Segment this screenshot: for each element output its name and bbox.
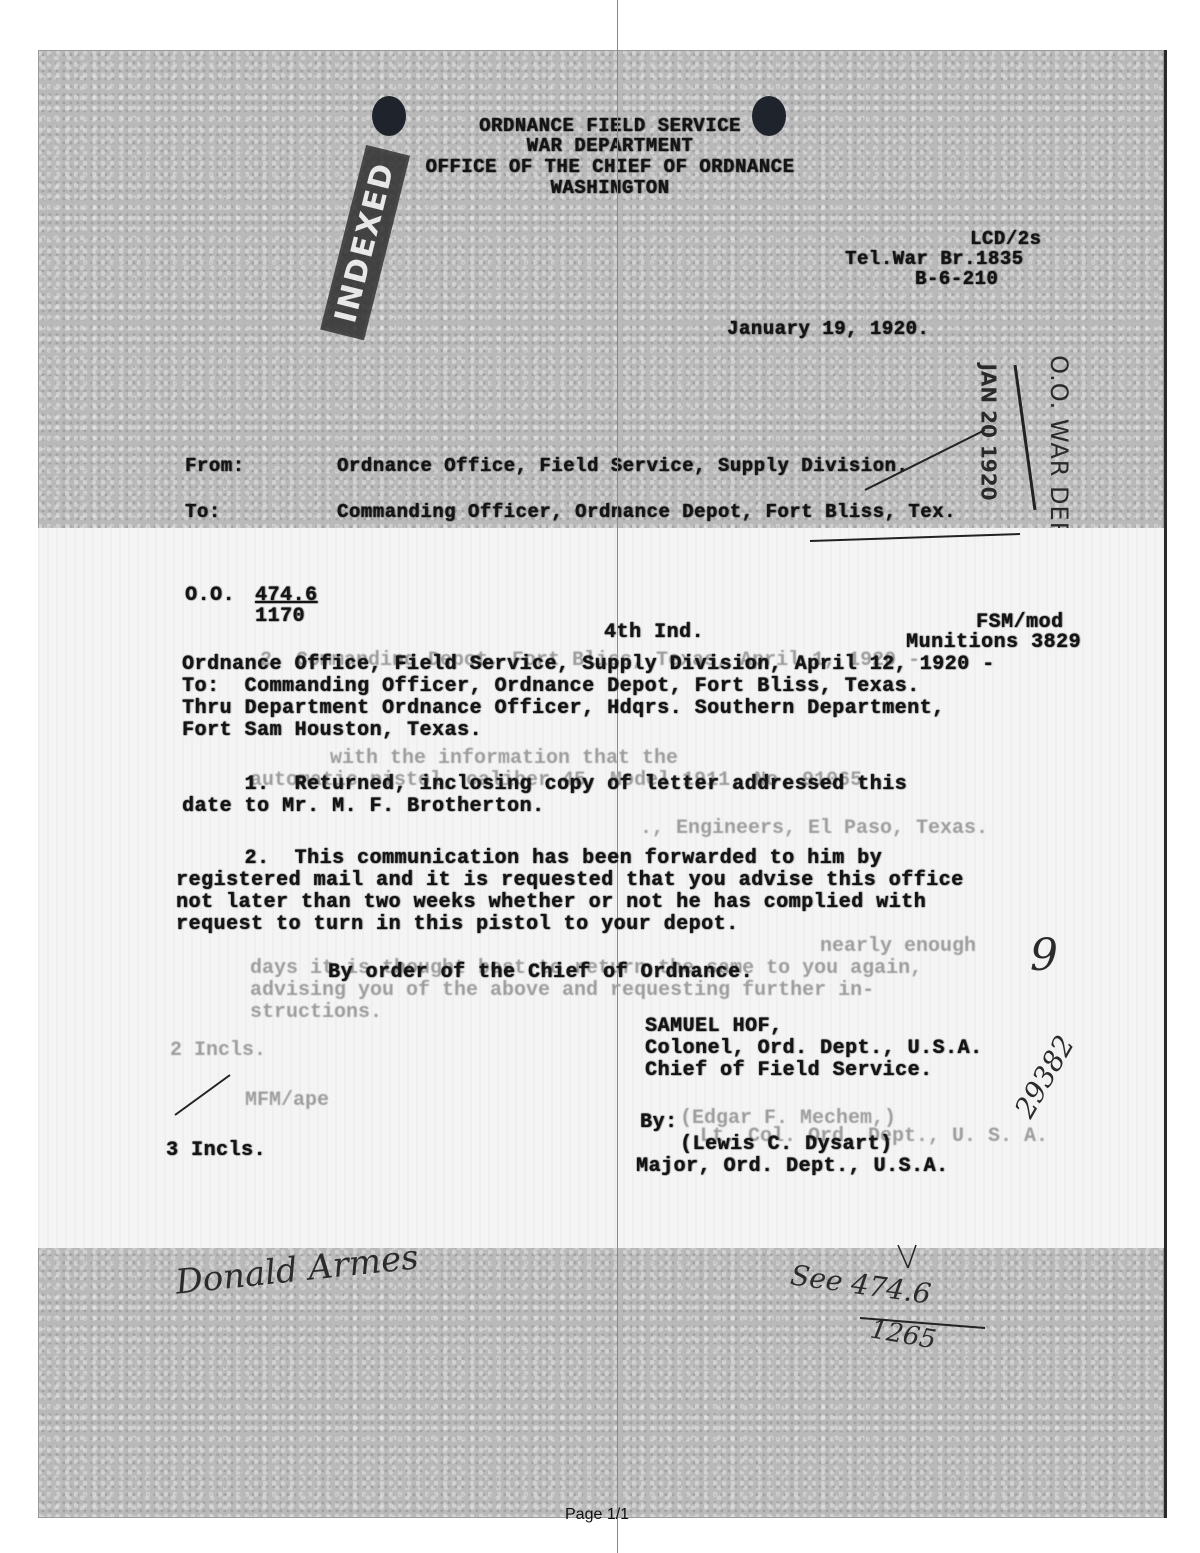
- pen-marks: [0, 0, 1200, 1553]
- page-indicator: Page 1/1: [565, 1506, 629, 1524]
